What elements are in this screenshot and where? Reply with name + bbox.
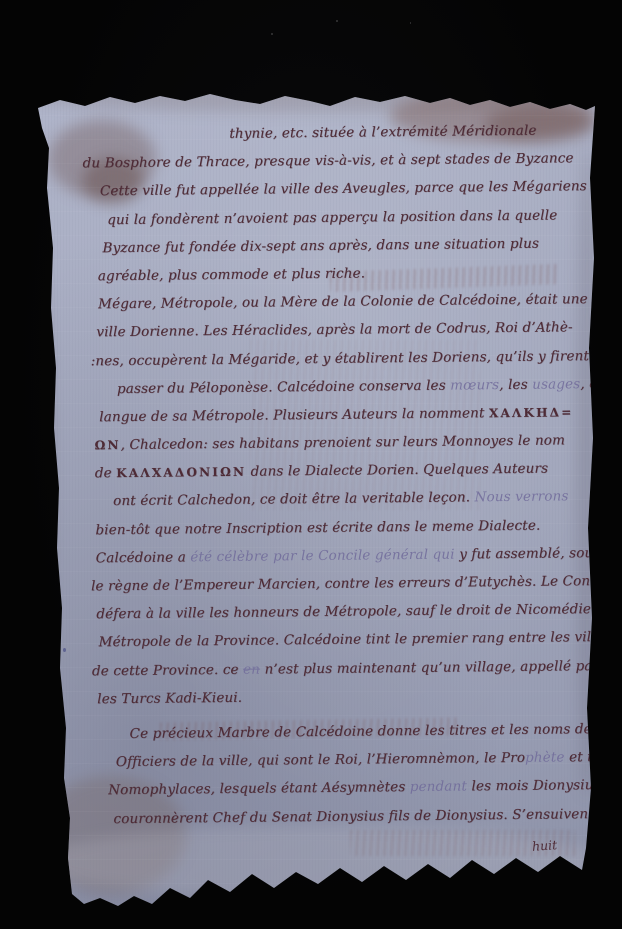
greek-text: ΚΑΛΧΑΔΟΝΙΩΝ — [116, 465, 246, 480]
manuscript-line: couronnèrent Chef du Senat Dionysius fil… — [113, 805, 608, 838]
line-text: thynie, etc. située à l’extrémité Méridi… — [229, 123, 536, 142]
line-text: ont écrit Calchedon, ce doit être la ver… — [113, 490, 475, 510]
line-text: qui la fondèrent n’avoient pas apperçu l… — [107, 207, 557, 228]
line-text: Calcédoine a — [96, 549, 191, 566]
dust-speck — [271, 33, 273, 35]
paper-stain-left-edge — [24, 268, 50, 688]
photograph-backdrop: thynie, etc. située à l’extrémité Méridi… — [0, 0, 622, 929]
line-text: Ce précieux Marbre de Calcédoine donne l… — [129, 721, 615, 742]
dust-speck — [410, 22, 411, 24]
catchword: huit — [532, 837, 558, 854]
manuscript-line: les Turcs Kadi-Kieui. — [97, 686, 607, 720]
line-text: et trois — [565, 749, 620, 766]
line-text: du Bosphore de Thrace, presque vis-à-vis… — [83, 150, 574, 171]
line-text: les mois Dionysius, — [467, 777, 605, 794]
line-text: Officiers de la ville, qui sont le Roi, … — [116, 750, 525, 770]
line-text: , et la — [580, 376, 620, 392]
line-text: dans le Dialecte Dorien. Quelques Auteur… — [246, 461, 548, 480]
line-text: phète — [525, 750, 565, 766]
line-text: n’est plus maintenant qu’un village, app… — [260, 658, 599, 678]
line-text: pendant — [410, 779, 467, 796]
line-text: y fut assemblé, sous — [455, 545, 601, 563]
line-text: mœurs — [450, 377, 499, 394]
greek-text: ΧΑΛΚΗΔ= — [489, 405, 574, 420]
greek-text: ΩΝ — [94, 438, 120, 452]
line-text: usages — [532, 376, 580, 393]
line-text: les Turcs Kadi-Kieui. — [97, 690, 242, 708]
line-text: langue de sa Métropole. Plusieurs Auteur… — [99, 405, 489, 425]
manuscript-text-block: thynie, etc. située à l’extrémité Méridi… — [26, 82, 610, 908]
manuscript-line: thynie, etc. située à l’extrémité Méridi… — [229, 122, 601, 154]
line-text: Nomophylaces, lesquels étant Aésymnètes — [108, 779, 410, 798]
line-text: été célèbre par le Concile général qui — [190, 546, 455, 565]
line-text: , les — [499, 376, 532, 392]
line-text: en — [243, 661, 260, 677]
line-text: , Chalcedon: ses habitans prenoient sur … — [121, 432, 566, 453]
line-text: passer du Péloponèse. Calcédoine conserv… — [117, 377, 450, 396]
manuscript-page: thynie, etc. située à l’extrémité Méridi… — [30, 88, 605, 908]
line-text: bien-tôt que notre Inscription est écrit… — [95, 517, 540, 538]
line-text: Byzance fut fondée dix-sept ans après, d… — [102, 235, 539, 256]
dust-speck — [336, 20, 338, 22]
line-text: de — [95, 465, 117, 481]
line-text: Nous verrons — [475, 489, 569, 506]
line-text: agréable, plus commode et plus riche. — [98, 265, 366, 284]
line-text: de cette Province. ce — [92, 661, 243, 679]
